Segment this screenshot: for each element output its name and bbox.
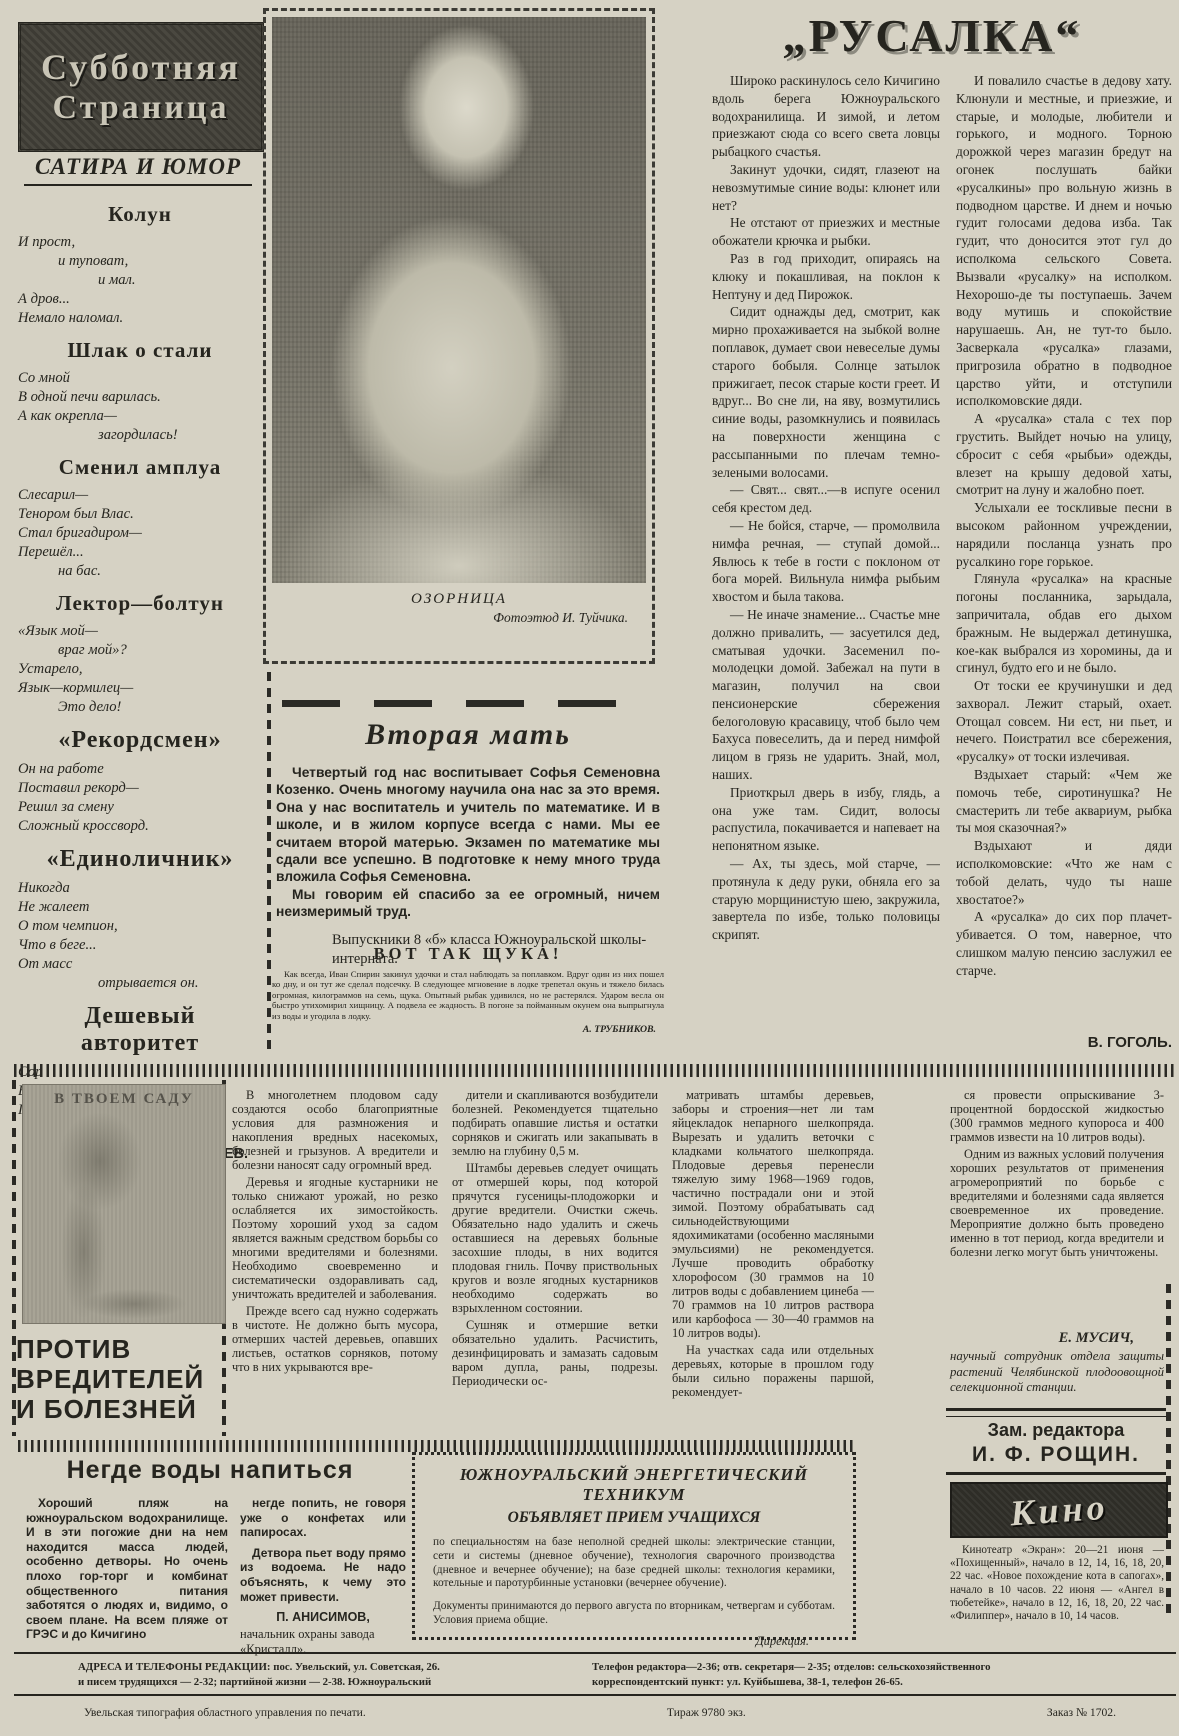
article-title: Вторая мать bbox=[276, 718, 660, 752]
vertical-rule bbox=[1166, 1284, 1171, 1620]
poem-line: В одной печи варилась. bbox=[18, 388, 262, 407]
poem-line: Устарело, bbox=[18, 660, 262, 679]
paragraph: Глянула «русалка» на красные погоны посл… bbox=[956, 570, 1172, 677]
poem-title: Шлак о стали bbox=[18, 338, 262, 363]
footer-line: и писем трудящихся — 2-32; партийной жиз… bbox=[78, 1675, 564, 1690]
paragraph: Вздыхает старый: «Чем же помочь тебе, си… bbox=[956, 766, 1172, 837]
paragraph: — Не иначе знамение... Счастье мне должн… bbox=[712, 606, 940, 784]
poem-shlak: Шлак о стали Со мной В одной печи варила… bbox=[18, 338, 262, 445]
editor-name: И. Ф. РОЩИН. bbox=[946, 1443, 1166, 1467]
poem-line: загордилась! bbox=[18, 426, 262, 445]
paragraph: матривать штамбы деревьев, заборы и стро… bbox=[672, 1088, 874, 1340]
garden-signature: Е. МУСИЧ, научный сотрудник отдела защит… bbox=[950, 1330, 1164, 1396]
paragraph: Мы говорим ей спасибо за ее огромный, ни… bbox=[276, 886, 660, 921]
ad-signature: Дирекция. bbox=[433, 1634, 835, 1649]
poem-line: «Язык мой— bbox=[18, 622, 262, 641]
water-author: П. АНИСИМОВ, bbox=[240, 1610, 406, 1625]
print-house: Увельская типография областного управлен… bbox=[84, 1706, 366, 1719]
poem-line: От масс bbox=[18, 955, 262, 974]
vertical-rule bbox=[267, 672, 271, 1056]
poem-line: на бас. bbox=[18, 562, 262, 581]
masthead-logo-line1: Субботняя bbox=[41, 49, 241, 85]
paragraph: Широко раскинулось село Кичигино вдоль б… bbox=[712, 72, 940, 161]
ad-subtitle: ОБЪЯВЛЯЕТ ПРИЕМ УЧАЩИХСЯ bbox=[433, 1509, 835, 1527]
poem-line: Это дело! bbox=[18, 698, 262, 717]
paragraph: Детвора пьет воду прямо из водоема. Не н… bbox=[240, 1546, 406, 1604]
garden-heading: ПРОТИВ ВРЕДИТЕЛЕЙ И БОЛЕЗНЕЙ bbox=[16, 1334, 228, 1424]
poem-line: Не жалеет bbox=[18, 898, 262, 917]
garden-column-1: В многолетнем плодовом саду создаются ос… bbox=[232, 1088, 438, 1444]
poem-line: Поставил рекорд— bbox=[18, 779, 262, 798]
baby-photo bbox=[272, 17, 646, 583]
poem-body: «Язык мой— враг мой»? Устарело, Язык—кор… bbox=[18, 622, 262, 717]
cinema-schedule: Кинотеатр «Экран»: 20—21 июня — «Похищен… bbox=[950, 1544, 1164, 1623]
article-body: Как всегда, Иван Спирин закинул удочки и… bbox=[272, 969, 664, 1021]
water-column-2-body: негде попить, не говоря уже о конфетах и… bbox=[240, 1496, 406, 1604]
poem-line: Слесарил— bbox=[18, 486, 262, 505]
paragraph: Сушняк и отмершие ветки обязательно удал… bbox=[452, 1318, 658, 1388]
article-body: Четвертый год нас воспитывает Софья Семе… bbox=[276, 764, 660, 921]
poem-line: Никогда bbox=[18, 879, 262, 898]
paragraph: Вздыхают и дяди исполкомовские: «Что же … bbox=[956, 837, 1172, 908]
poem-title: Сменил амплуа bbox=[18, 455, 262, 480]
garden-illustration: В ТВОЕМ САДУ bbox=[22, 1084, 226, 1324]
paragraph: А «русалка» стала с тех пор грустить. Вы… bbox=[956, 410, 1172, 499]
rubric-title: САТИРА И ЮМОР bbox=[24, 154, 252, 186]
garden-author: Е. МУСИЧ, bbox=[950, 1330, 1164, 1347]
poem-body: Он на работе Поставил рекорд— Решил за с… bbox=[18, 760, 262, 836]
photo-caption: ОЗОРНИЦА bbox=[272, 591, 646, 608]
rule bbox=[14, 1694, 1176, 1696]
rusalka-column-2: И повалило счастье в дедову хату. Клюнул… bbox=[956, 72, 1172, 1030]
poem-kolun: Колун И прост, и туповат, и мал. А дров.… bbox=[18, 202, 262, 328]
poem-rekordsmen: «Рекордсмен» Он на работе Поставил рекор… bbox=[18, 727, 262, 836]
masthead-logo-line2: Страница bbox=[53, 91, 230, 125]
paragraph: — Не бойся, старче, — промолвила нимфа р… bbox=[712, 517, 940, 606]
paragraph: Прежде всего сад нужно содержать в чисто… bbox=[232, 1304, 438, 1374]
poem-body: Со мной В одной печи варилась. А как окр… bbox=[18, 369, 262, 445]
poem-line: Со мной bbox=[18, 369, 262, 388]
paragraph: негде попить, не говоря уже о конфетах и… bbox=[240, 1496, 406, 1540]
newspaper-page: Субботняя Страница САТИРА И ЮМОР Колун И… bbox=[0, 0, 1179, 1736]
water-article-title: Негде воды напиться bbox=[30, 1456, 390, 1485]
garden-column-2: дители и скапливаются возбудители болезн… bbox=[452, 1088, 658, 1444]
filmstrip-divider bbox=[14, 1064, 1176, 1077]
order-number: Заказ № 1702. bbox=[1047, 1706, 1116, 1719]
filmstrip-divider bbox=[18, 1440, 854, 1452]
paragraph: Хороший пляж на южноуральском водохранил… bbox=[26, 1496, 228, 1642]
dash-divider bbox=[282, 700, 638, 707]
poem-smenil: Сменил амплуа Слесарил— Тенором был Влас… bbox=[18, 455, 262, 581]
poem-line: Немало наломал. bbox=[18, 309, 262, 328]
rule bbox=[946, 1472, 1166, 1475]
footer-line: корреспондентский пункт: ул. Куйбышева, … bbox=[592, 1675, 1140, 1690]
editor-label: Зам. редактора bbox=[946, 1420, 1166, 1441]
paragraph: На участках сада или отдельных деревьях,… bbox=[672, 1343, 874, 1399]
poem-body: И прост, и туповат, и мал. А дров... Нем… bbox=[18, 233, 262, 328]
article-pike: ВОТ ТАК ЩУКА! Как всегда, Иван Спирин за… bbox=[272, 944, 664, 1035]
paragraph: В многолетнем плодовом саду создаются ос… bbox=[232, 1088, 438, 1172]
poem-line: Стал бригадиром— bbox=[18, 524, 262, 543]
editor-block: Зам. редактора И. Ф. РОЩИН. bbox=[946, 1420, 1166, 1467]
footer-line: Телефон редактора—2-36; отв. секретаря— … bbox=[592, 1660, 1140, 1675]
footer-imprint: Увельская типография областного управлен… bbox=[14, 1706, 1176, 1719]
footer-line: АДРЕСА И ТЕЛЕФОНЫ РЕДАКЦИИ: пос. Увельск… bbox=[78, 1660, 564, 1675]
paragraph: Раз в год приходит, опираясь на клюку и … bbox=[712, 250, 940, 303]
article-author: А. ТРУБНИКОВ. bbox=[272, 1024, 664, 1035]
poem-line: и мал. bbox=[18, 271, 262, 290]
poem-title: «Единоличник» bbox=[18, 846, 262, 873]
poem-line: Решил за смену bbox=[18, 798, 262, 817]
paragraph: Четвертый год нас воспитывает Софья Семе… bbox=[276, 764, 660, 886]
garden-heading-line2: ВРЕДИТЕЛЕЙ bbox=[16, 1364, 204, 1394]
poem-body: Слесарил— Тенором был Влас. Стал бригади… bbox=[18, 486, 262, 581]
rusalka-column-1: Широко раскинулось село Кичигино вдоль б… bbox=[712, 72, 940, 1064]
photo-credit: Фотоэтюд И. Туйчика. bbox=[272, 610, 646, 626]
ad-body: по специальностям на базе неполной средн… bbox=[433, 1536, 835, 1591]
poem-title: Дешевый авторитет bbox=[40, 1003, 240, 1057]
poem-line: отрывается он. bbox=[18, 974, 262, 993]
article-author: В. ГОГОЛЬ. bbox=[956, 1034, 1172, 1051]
paragraph: ся провести опрыскивание 3-процентной бо… bbox=[950, 1088, 1164, 1144]
poem-line: Язык—кормилец— bbox=[18, 679, 262, 698]
garden-heading-line1: ПРОТИВ bbox=[16, 1334, 131, 1364]
footer-address-right: Телефон редактора—2-36; отв. секретаря— … bbox=[592, 1660, 1140, 1690]
poem-title: «Рекордсмен» bbox=[18, 727, 262, 754]
paragraph: А «русалка» до сих пор плачет-убивается.… bbox=[956, 908, 1172, 979]
poem-edinolichnik: «Единоличник» Никогда Не жалеет О том че… bbox=[18, 846, 262, 993]
poem-line: И прост, bbox=[18, 233, 262, 252]
poem-line: Сложный кроссворд. bbox=[18, 817, 262, 836]
poem-line: Перешёл... bbox=[18, 543, 262, 562]
poem-body: Никогда Не жалеет О том чемпион, Что в б… bbox=[18, 879, 262, 993]
poem-line: А как окрепла— bbox=[18, 407, 262, 426]
rule bbox=[946, 1408, 1166, 1417]
technical-school-ad: ЮЖНОУРАЛЬСКИЙ ЭНЕРГЕТИЧЕСКИЙ ТЕХНИКУМ ОБ… bbox=[412, 1452, 856, 1640]
cinema-logo-box: Кино bbox=[950, 1482, 1168, 1538]
poem-line: А дров... bbox=[18, 290, 262, 309]
paragraph: От тоски ее кручинушки и дед захворал. Л… bbox=[956, 677, 1172, 766]
water-column-2: негде попить, не говоря уже о конфетах и… bbox=[240, 1496, 406, 1657]
poem-line: Он на работе bbox=[18, 760, 262, 779]
poem-lektor: Лектор—болтун «Язык мой— враг мой»? Уста… bbox=[18, 591, 262, 717]
paragraph: Штамбы деревьев следует очищать от отмер… bbox=[452, 1161, 658, 1315]
paragraph: Деревья и ягодные кустарники не только с… bbox=[232, 1175, 438, 1301]
paragraph: Приоткрыл дверь в избу, глядь, а она уже… bbox=[712, 784, 940, 855]
ad-title: ЮЖНОУРАЛЬСКИЙ ЭНЕРГЕТИЧЕСКИЙ ТЕХНИКУМ bbox=[433, 1465, 835, 1505]
article-title: ВОТ ТАК ЩУКА! bbox=[272, 944, 664, 964]
garden-column-4: ся провести опрыскивание 3-процентной бо… bbox=[950, 1088, 1164, 1328]
cinema-logo: Кино bbox=[1008, 1486, 1109, 1535]
paragraph: Одним из важных условий получения хороши… bbox=[950, 1147, 1164, 1259]
poem-line: Что в беге... bbox=[18, 936, 262, 955]
paragraph: Закинут удочки, сидят, глазеют на невозм… bbox=[712, 161, 940, 214]
poem-line: Тенором был Влас. bbox=[18, 505, 262, 524]
poem-title: Лектор—болтун bbox=[18, 591, 262, 616]
photo-frame: ОЗОРНИЦА Фотоэтюд И. Туйчика. bbox=[263, 8, 655, 664]
rule bbox=[14, 1652, 1176, 1654]
poem-line: О том чемпион, bbox=[18, 917, 262, 936]
paragraph: И повалило счастье в дедову хату. Клюнул… bbox=[956, 72, 1172, 410]
paragraph: — Ах, ты здесь, мой старче, — протянула … bbox=[712, 855, 940, 944]
paragraph: Услыхали ее тоскливые песни в высоком ра… bbox=[956, 499, 1172, 570]
garden-heading-line3: И БОЛЕЗНЕЙ bbox=[16, 1394, 197, 1424]
footer-address-left: АДРЕСА И ТЕЛЕФОНЫ РЕДАКЦИИ: пос. Увельск… bbox=[78, 1660, 564, 1690]
masthead-logo: Субботняя Страница bbox=[18, 22, 264, 152]
poem-line: враг мой»? bbox=[18, 641, 262, 660]
poem-line: и туповат, bbox=[18, 252, 262, 271]
garden-column-3: матривать штамбы деревьев, заборы и стро… bbox=[672, 1088, 874, 1444]
garden-illustration-label: В ТВОЕМ САДУ bbox=[54, 1091, 194, 1108]
circulation: Тираж 9780 экз. bbox=[667, 1706, 746, 1719]
poem-title: Колун bbox=[18, 202, 262, 227]
paragraph: — Свят... свят...—в испуге осенил себя к… bbox=[712, 481, 940, 517]
article-second-mother: Вторая мать Четвертый год нас воспитывае… bbox=[276, 718, 660, 969]
paragraph: дители и скапливаются возбудители болезн… bbox=[452, 1088, 658, 1158]
water-column-1: Хороший пляж на южноуральском водохранил… bbox=[26, 1496, 228, 1648]
article-title-rusalka: „РУСАЛКА“ bbox=[688, 8, 1176, 66]
garden-author-role: научный сотрудник отдела защиты растений… bbox=[950, 1349, 1164, 1396]
satire-column: Колун И прост, и туповат, и мал. А дров.… bbox=[18, 198, 262, 1199]
paragraph: Сидит однажды дед, смотрит, как мирно пр… bbox=[712, 303, 940, 481]
ad-body-2: Документы принимаются до первого августа… bbox=[433, 1600, 835, 1628]
paragraph: Не отстают от приезжих и местные обожате… bbox=[712, 214, 940, 250]
